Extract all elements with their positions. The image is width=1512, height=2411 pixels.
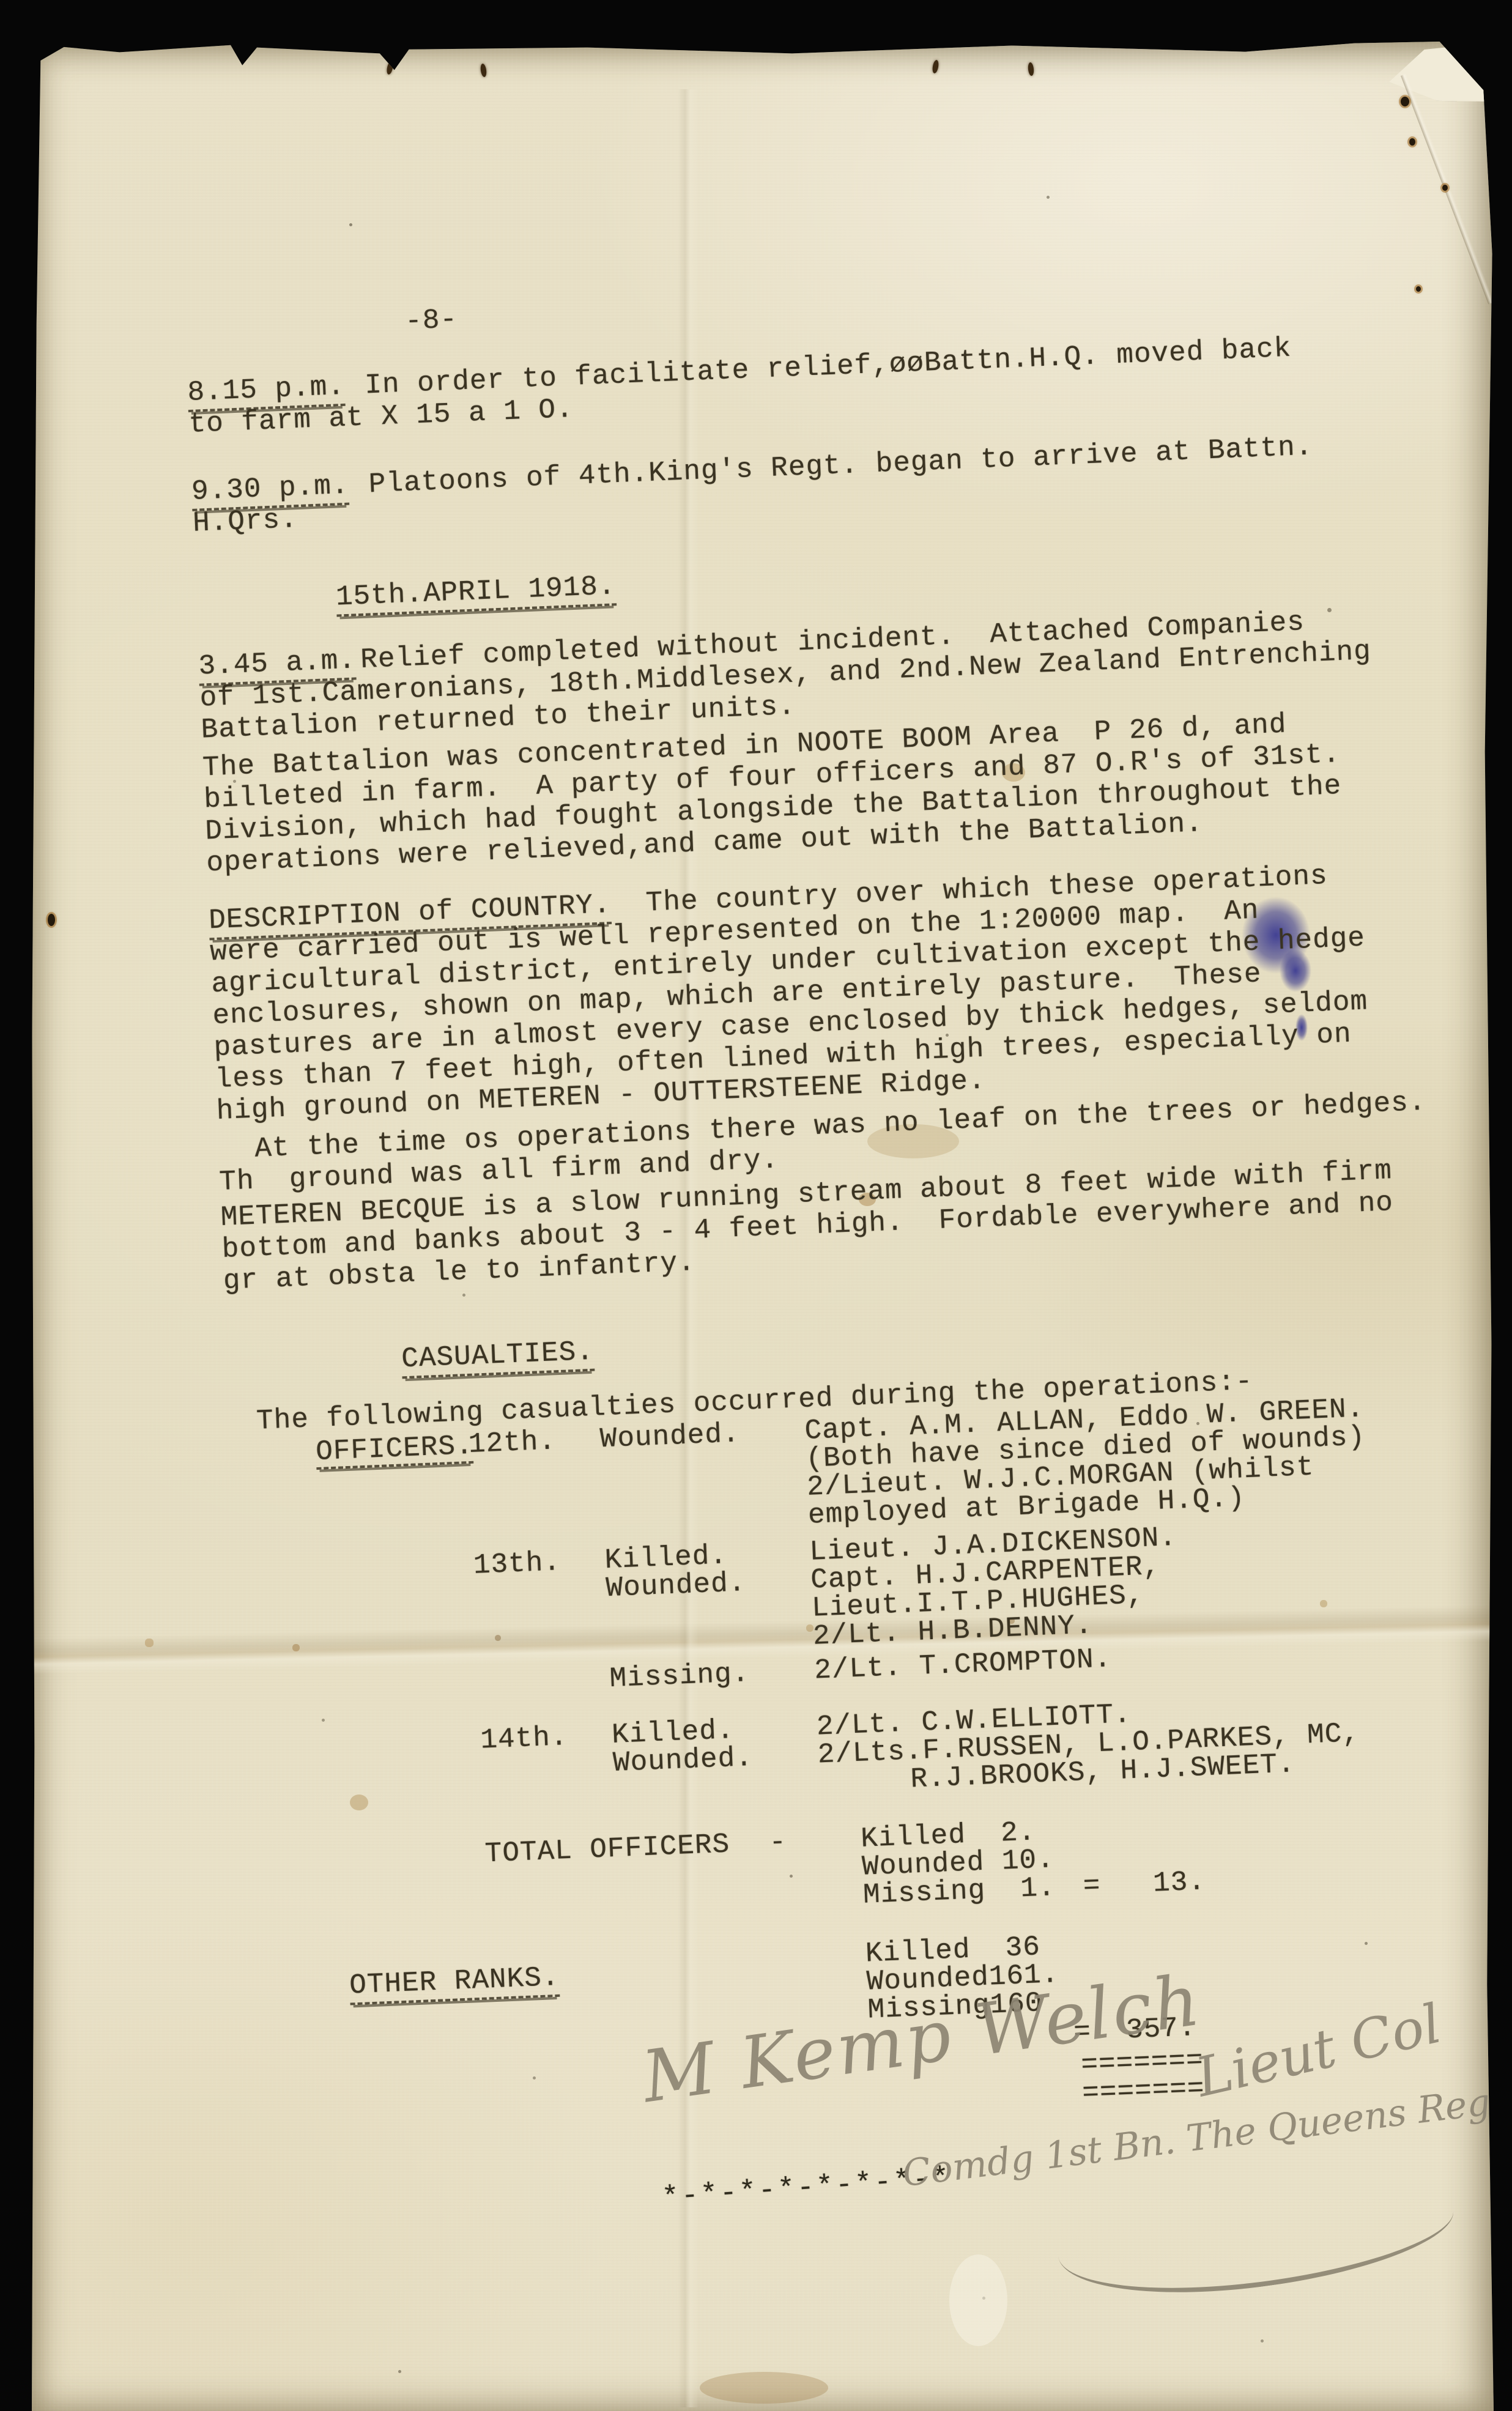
- typed-content: -8- 8.15 p.m. In order to facilitate rel…: [125, 235, 1495, 2143]
- totals-sum: = 13.: [1083, 1867, 1206, 1900]
- crease-flecks: [32, 1631, 34, 1633]
- entry-time: 3.45 a.m.: [198, 644, 357, 686]
- punch-hole: [932, 59, 939, 73]
- punch-hole: [1028, 62, 1034, 76]
- diary-entry: 8.15 p.m. In order to facilitate relief,…: [187, 327, 1428, 440]
- casualty-status: Wounded.: [612, 1741, 819, 1805]
- punch-hole: [386, 61, 394, 75]
- casualty-date: [478, 1665, 610, 1698]
- totals-officers: TOTAL OFFICERS - Killed 2. Wounded 10. M…: [246, 1800, 1487, 1934]
- totals-dash: -: [769, 1825, 862, 1857]
- burn-hole: [48, 914, 55, 926]
- totals-value: Missing 1.: [862, 1872, 1084, 1909]
- paper-sheet: -8- 8.15 p.m. In order to facilitate rel…: [32, 40, 1494, 2411]
- pencil-underline: [1056, 2187, 1460, 2314]
- casualty-status: Wounded.: [599, 1417, 809, 1538]
- burn-hole: [1442, 185, 1448, 191]
- entry-time: 9.30 p.m.: [191, 470, 350, 511]
- paper-speckles: [32, 40, 34, 42]
- burn-hole: [1409, 138, 1415, 146]
- scan-background: -8- 8.15 p.m. In order to facilitate rel…: [0, 0, 1512, 2411]
- entry-time: 8.15 p.m.: [187, 371, 346, 412]
- casualty-date: [474, 1574, 609, 1664]
- casualty-names: Capt. A.M. ALLAN, Eddo W. GREEN. (Both h…: [804, 1390, 1472, 1529]
- folded-corner: [1376, 42, 1512, 105]
- casualty-status: Missing.: [609, 1657, 815, 1693]
- description-section: DESCRIPTION of COUNTRY. The country over…: [208, 855, 1461, 1297]
- burn-hole: [1401, 97, 1409, 106]
- casualty-status: Wounded.: [606, 1566, 813, 1659]
- page-number: -8-: [403, 235, 1423, 338]
- punch-hole: [480, 63, 487, 77]
- stain: [700, 2372, 828, 2404]
- stain: [949, 2254, 1007, 2346]
- casualty-date: 12th.: [468, 1425, 604, 1543]
- officers-label: OFFICERS.: [315, 1432, 473, 1470]
- casualty-date: [481, 1749, 615, 1811]
